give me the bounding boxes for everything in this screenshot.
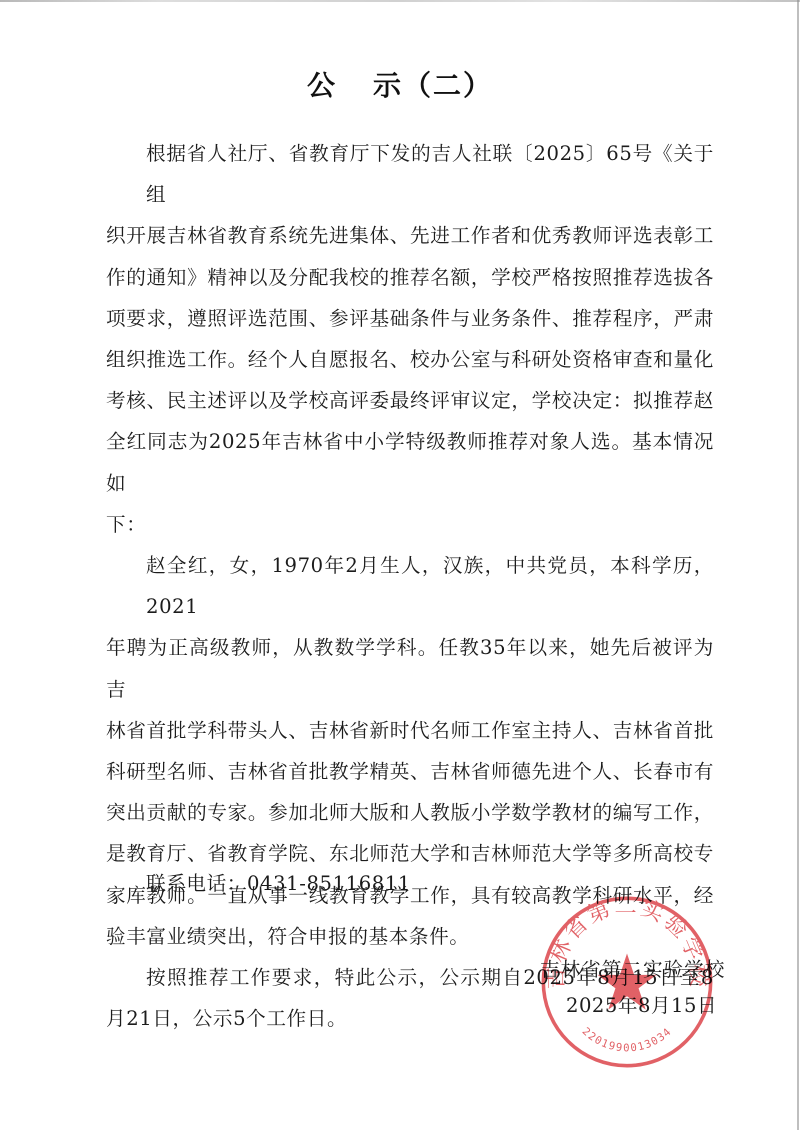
- document-title: 公示（二）: [0, 64, 800, 104]
- text-line: 项要求，遵照评选范围、参评基础条件与业务条件、推荐程序，严肃: [106, 298, 714, 339]
- text-line: 考核、民主述评以及学校高评委最终评审议定，学校决定：拟推荐赵: [106, 380, 714, 421]
- text-line: 作的通知》精神以及分配我校的推荐名额，学校严格按照推荐选拔各: [106, 257, 714, 298]
- text-line: 织开展吉林省教育系统先进集体、先进工作者和优秀教师评选表彰工: [106, 215, 714, 256]
- text-line: 科研型名师、吉林省首批教学精英、吉林省师德先进个人、长春市有: [106, 751, 714, 792]
- title-part-1: 公: [307, 69, 337, 102]
- title-part-2: 示（二）: [373, 69, 493, 102]
- scan-edge-right: [797, 0, 799, 1130]
- document-page: 公示（二） 根据省人社厅、省教育厅下发的吉人社联〔2025〕65号《关于组 织开…: [0, 0, 800, 1130]
- text-line: 突出贡献的专家。参加北师大版和人教版小学数学教材的编写工作，: [106, 792, 714, 833]
- svg-text:2201990013034: 2201990013034: [580, 1025, 675, 1055]
- paragraph-1: 根据省人社厅、省教育厅下发的吉人社联〔2025〕65号《关于组 织开展吉林省教育…: [106, 133, 714, 545]
- seal-serial-number: 2201990013034: [580, 1025, 675, 1055]
- text-line: 根据省人社厅、省教育厅下发的吉人社联〔2025〕65号《关于组: [106, 133, 714, 215]
- official-seal-icon: 吉林省第二实验学校 2201990013034: [538, 893, 716, 1071]
- text-line: 林省首批学科带头人、吉林省新时代名师工作室主持人、吉林省首批: [106, 710, 714, 751]
- text-line: 下：: [106, 504, 714, 545]
- text-line: 全红同志为2025年吉林省中小学特级教师推荐对象人选。基本情况如: [106, 421, 714, 503]
- text-line: 赵全红，女，1970年2月生人，汉族，中共党员，本科学历，2021: [106, 545, 714, 627]
- contact-phone: 联系电话：0431-85116811: [146, 867, 411, 896]
- text-line: 年聘为正高级教师，从教数学学科。任教35年以来，她先后被评为吉: [106, 627, 714, 709]
- text-line: 组织推选工作。经个人自愿报名、校办公室与科研处资格审查和量化: [106, 339, 714, 380]
- scan-edge-top: [0, 0, 800, 2]
